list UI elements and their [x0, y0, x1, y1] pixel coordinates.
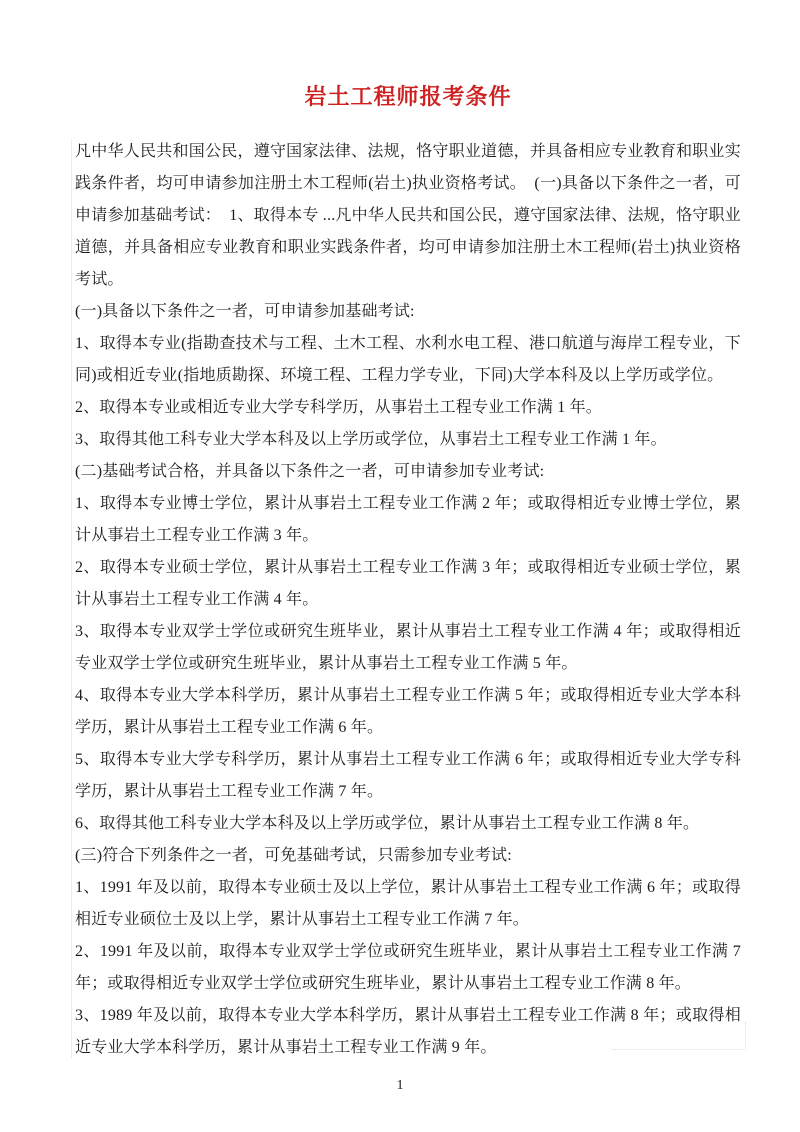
paragraph-intro: 凡中华人民共和国公民，遵守国家法律、法规，恪守职业道德，并具备相应专业教育和职业…	[75, 136, 741, 296]
section-2-item-5: 5、取得本专业大学专科学历，累计从事岩土工程专业工作满 6 年；或取得相近专业大…	[75, 744, 741, 808]
section-1-item-1: 1、取得本专业(指勘查技术与工程、土木工程、水利水电工程、港口航道与海岸工程专业…	[75, 328, 741, 392]
section-2-item-1: 1、取得本专业博士学位，累计从事岩土工程专业工作满 2 年；或取得相近专业博士学…	[75, 488, 741, 552]
page-number: 1	[0, 1078, 800, 1094]
scan-artifact-dotted-corner	[612, 1022, 746, 1050]
section-2-heading: (二)基础考试合格，并具备以下条件之一者，可申请参加专业考试:	[75, 456, 741, 488]
document-body: 凡中华人民共和国公民，遵守国家法律、法规，恪守职业道德，并具备相应专业教育和职业…	[75, 136, 741, 1064]
section-2-item-4: 4、取得本专业大学本科学历，累计从事岩土工程专业工作满 5 年；或取得相近专业大…	[75, 680, 741, 744]
section-3-heading: (三)符合下列条件之一者，可免基础考试，只需参加专业考试:	[75, 840, 741, 872]
page-title: 岩土工程师报考条件	[75, 80, 741, 111]
section-3-item-1: 1、1991 年及以前，取得本专业硕士及以上学位，累计从事岩土工程专业工作满 6…	[75, 872, 741, 936]
section-1-item-2: 2、取得本专业或相近专业大学专科学历，从事岩土工程专业工作满 1 年。	[75, 392, 741, 424]
section-2-item-2: 2、取得本专业硕士学位，累计从事岩土工程专业工作满 3 年；或取得相近专业硕士学…	[75, 552, 741, 616]
section-1-item-3: 3、取得其他工科专业大学本科及以上学历或学位，从事岩土工程专业工作满 1 年。	[75, 424, 741, 456]
section-1-heading: (一)具备以下条件之一者，可申请参加基础考试:	[75, 296, 741, 328]
section-2-item-3: 3、取得本专业双学士学位或研究生班毕业，累计从事岩土工程专业工作满 4 年；或取…	[75, 616, 741, 680]
document-page: 岩土工程师报考条件 凡中华人民共和国公民，遵守国家法律、法规，恪守职业道德，并具…	[0, 0, 800, 1132]
section-3-item-2: 2、1991 年及以前，取得本专业双学士学位或研究生班毕业，累计从事岩土工程专业…	[75, 936, 741, 1000]
scan-artifact-left-margin-line	[71, 140, 72, 1058]
section-2-item-6: 6、取得其他工科专业大学本科及以上学历或学位，累计从事岩土工程专业工作满 8 年…	[75, 808, 741, 840]
